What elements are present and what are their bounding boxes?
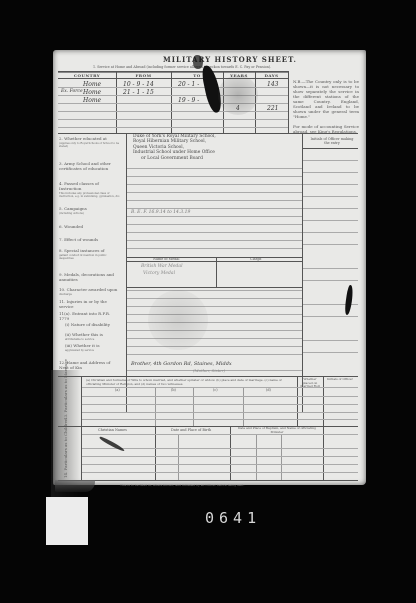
rule [82,412,358,413]
military-history-sheet: MILITARY HISTORY SHEET. 1. Service at Ho… [53,50,366,485]
rule [303,184,358,185]
next-of-kin-line2: (Mother, Sister) [193,368,225,373]
footer-note: This is to be filled in, where known, an… [120,483,244,487]
nb-note-text: N.B.—The Country only is to be shown—it … [293,79,359,119]
rule [303,220,358,221]
medals-bottom-rule [127,287,302,288]
rule [303,172,358,173]
pencil-mark [148,290,208,350]
col-country: COUNTRY [58,73,116,78]
q-sub: attributable to service [65,338,121,341]
question-11a-iii: (iii) Whether it is aggravated by servic… [65,344,121,352]
q-sub: (including Actions) [59,212,121,215]
question-8: 8. Special instances of gallant conduct … [59,249,121,260]
q-num: 8. [59,248,63,253]
divider [193,387,194,426]
rule [303,196,358,197]
question-divider [126,133,127,413]
rule [303,352,358,353]
rule [127,176,302,177]
divider [178,434,179,480]
rule [127,200,302,201]
question-12: 12. Name and Address of Next of Kin [59,361,121,371]
q-num: (i) [65,322,69,327]
children-col-baptism: Date and Place of Baptism, and Name of o… [235,427,319,434]
rule [303,280,358,281]
paper-edge [55,480,95,492]
question-10: 10. Character awarded upon discharge [59,288,121,296]
children-col-names: Christian Names [98,428,127,432]
rule [127,248,302,249]
medals-divider [216,257,217,287]
rule [127,224,302,225]
q-label: Army School and other certificates of ed… [59,161,111,171]
rule [82,387,358,388]
medal-entry: Victory Medal [143,271,175,276]
row3-to: 19 - 9 - [178,97,199,104]
q-num: (iii) [65,343,72,348]
divider [281,434,282,480]
rule [303,160,358,161]
medals-col-name: Name of Medal [153,257,179,261]
medals-col-clasps: Clasps [250,257,261,261]
row2-country: Home [83,89,101,96]
question-11a-ii: (ii) Whether this is attributable to ser… [65,333,121,341]
q-num: 6. [59,224,63,229]
rule [82,419,358,420]
divider [116,71,117,133]
children-side-label: 14. Particulars as to Children [63,418,68,478]
row1-days: 143 [267,81,278,88]
q-num: 10. [59,287,65,292]
rule [303,232,358,233]
subcol-d: (d) [266,388,271,392]
q-num: (ii) [65,332,71,337]
q-label: Whether educated at [64,136,107,141]
q-sub: aggravated by service [65,349,121,352]
subcol-c: (c) [213,388,218,392]
rule [127,298,302,299]
q-label: Wounded [64,224,83,229]
ink-blot [344,285,354,316]
row-rule [58,119,288,120]
frame-number: 0641 [205,509,261,527]
rule [82,456,358,457]
q-num: 2. [59,136,63,141]
rule [82,464,358,465]
question-2: 2. Whether educated at (Applies only to … [59,137,121,148]
marriage-header: (a) Christian and Surname of Wife to who… [86,378,294,386]
film-target-card [46,497,88,545]
q-label: Whether this is [72,332,103,337]
subcol-b: (b) [171,388,176,392]
rule [127,184,302,185]
medals-header-rule [127,261,302,262]
rule [82,472,358,473]
row3-country: Home [83,97,101,104]
rule [127,192,302,193]
marriage-side-label: 13. Particulars as to Marriage [63,359,68,420]
rule [303,268,358,269]
nb-note: N.B.—The Country only is to be shown—it … [293,79,359,134]
question-5: 5. Campaigns (including Actions) [59,207,121,215]
children-col-birth: Date and Place of Birth [171,428,211,432]
rule [82,434,358,435]
rule [303,340,358,341]
q-label: Campaigns [64,206,87,211]
question-7: 7. Effect of wounds [59,238,121,243]
col-from: FROM [116,73,171,78]
service-subtitle: 1. Service at Home and Abroad (including… [93,65,271,69]
q-label: Injuries in or by the service [59,299,107,309]
officer-initials-header: Initials of Officer [324,378,356,382]
rule [303,244,358,245]
question-11a: 11(a). Entrant into R.F.R. 1779 [59,312,121,322]
rule [127,290,302,291]
initials-header-rule [302,148,358,149]
rule [127,216,302,217]
divider [256,434,257,480]
rule [127,232,302,233]
rule [127,354,302,355]
subcol-a: (a) [115,388,120,392]
school-item: Industrial School under Home Office [133,150,216,155]
q-label: Nature of disability [71,322,110,327]
divider [171,71,172,133]
q-sub: gallant conduct & mention in public desp… [59,254,121,260]
row-rule [58,111,288,112]
row2-from: 21 - 1 - 15 [123,89,154,96]
question-4: 4. Passed classes of Instruction This in… [59,182,121,198]
q-sub: discharge [59,293,121,296]
row1-to: 20 - 1 - [178,81,199,88]
row1-from: 10 - 9 - 14 [123,81,154,88]
q-label: Effect of wounds [64,237,98,242]
rule [82,396,358,397]
q-num: 5. [59,206,63,211]
q-num: 7. [59,237,63,242]
rule [303,208,358,209]
medal-entry: British War Medal [141,264,183,269]
divider [288,71,289,133]
q-label: Medals, decorations and annuities [59,272,114,282]
rule [127,208,302,209]
rule [303,316,358,317]
initials-divider [302,133,303,413]
q-label: Character awarded upon [67,287,118,292]
smudge [99,436,126,453]
q-label: Passed classes of Instruction [59,181,99,191]
school-item: or Local Government Board [133,156,216,161]
row-rule [58,127,288,128]
q-label: Whether it is [73,343,99,348]
q-sub: (Applies only to Royal Schools of School… [59,142,121,148]
divider [155,387,156,426]
q-label: Special instances of [64,248,104,253]
q-sub: This includes any professional class of … [59,192,121,198]
row2-prefix: Ex. Force [61,89,83,94]
initials-header: Initials of Officer making the entry [309,137,355,145]
ink-blot [193,55,203,69]
header-bottom-rule [58,78,288,79]
row3-days: 221 [267,105,278,112]
question-11: 11. Injuries in or by the service [59,300,121,310]
question-9: 9. Medals, decorations and annuities [59,273,121,283]
campaigns-entry: B. E. F. 16.9.14 to 14.3.19 [131,210,190,215]
schools-list: Duke of York's Royal Military School, Ro… [133,134,216,161]
next-of-kin-entry: Brother, 4th Gordon Rd, Staines, Middx [131,361,232,367]
question-6: 6. Wounded [59,225,121,230]
stain [218,75,258,115]
col-days: DAYS [255,73,288,78]
rule [82,404,358,405]
section-rule [58,480,358,481]
question-11a-i: (i) Nature of disability [65,323,121,328]
rule [127,168,302,169]
sheet-title: MILITARY HISTORY SHEET. [163,55,297,64]
question-3: 3. Army School and other certificates of… [59,162,121,172]
rule [127,240,302,241]
rule [127,346,302,347]
row1-country: Home [83,81,101,88]
divider [243,387,244,426]
